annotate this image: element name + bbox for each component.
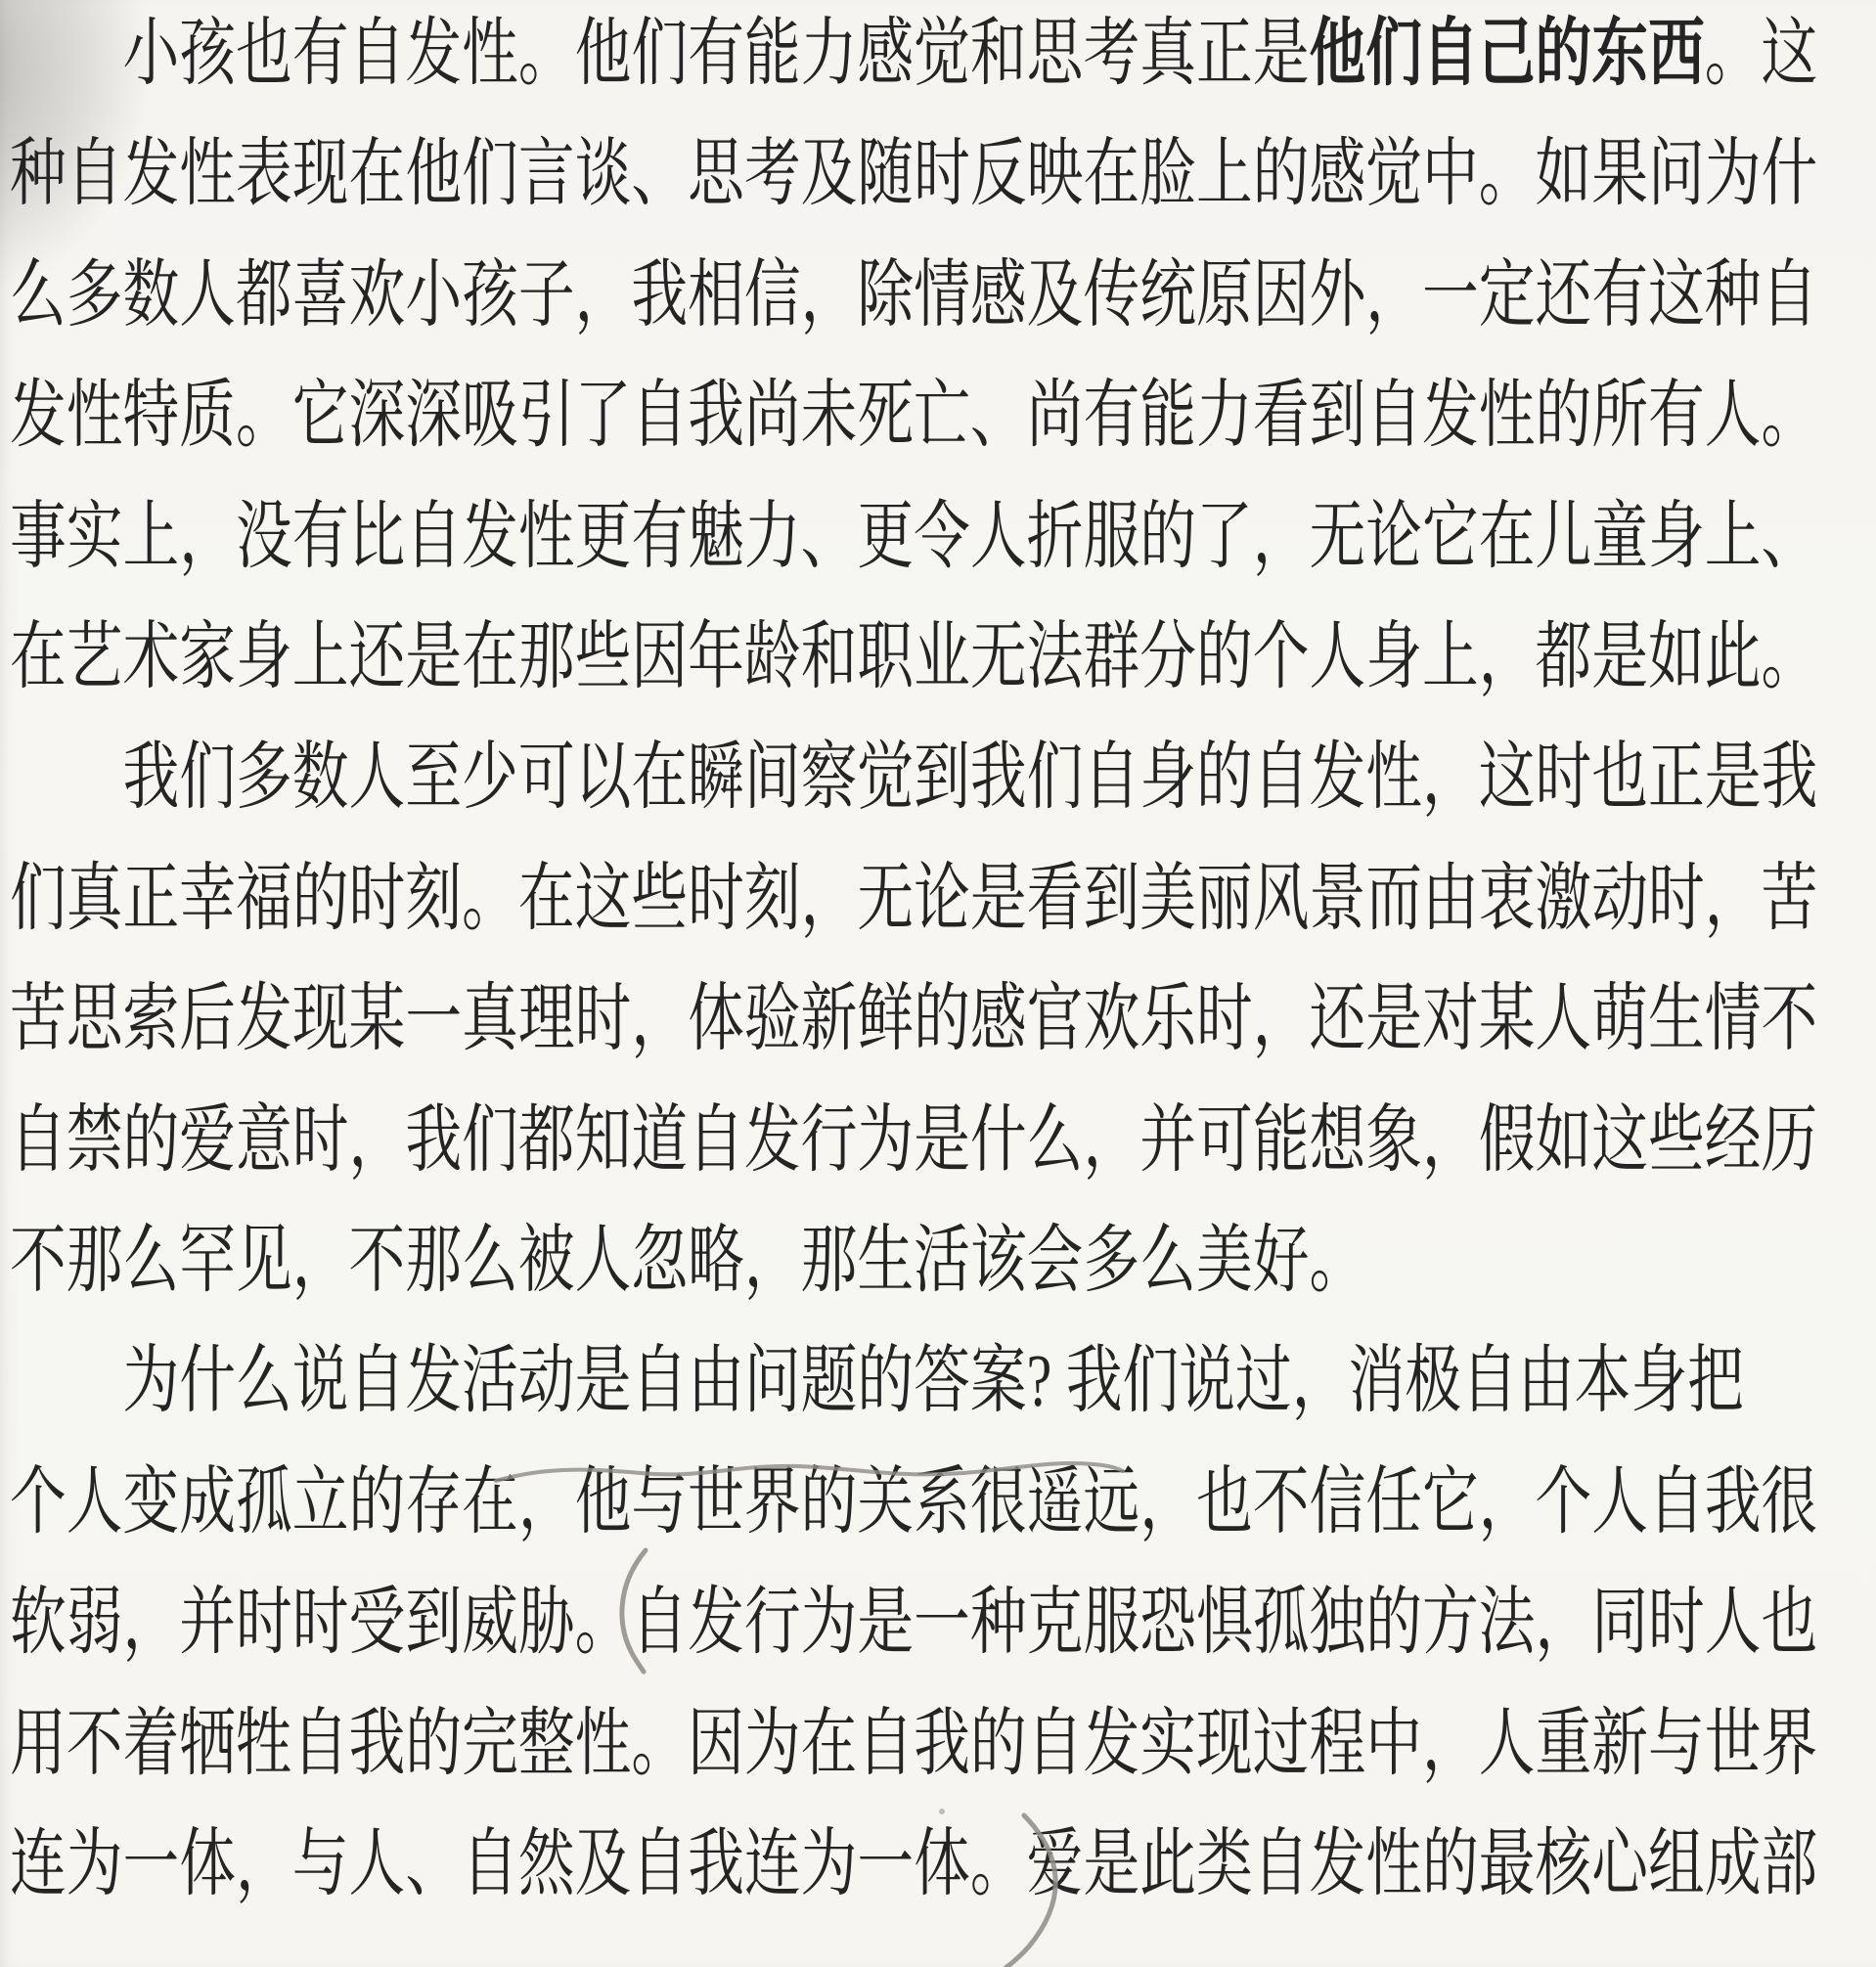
body-text: 软弱，并时时受到威胁。自发行为是一种克服恐惧孤独的方法，同时人也 xyxy=(10,1582,1817,1664)
body-text: 我们多数人至少可以在瞬间察觉到我们自身的自发性，这时也正是我 xyxy=(123,737,1818,819)
body-text: 小孩也有自发性。他们有能力感觉和思考真正是 xyxy=(123,13,1310,95)
text-line: 种自发性表现在他们言谈、思考及随时反映在脸上的感觉中。如果问为什 xyxy=(10,134,1817,214)
text-line: 小孩也有自发性。他们有能力感觉和思考真正是他们自己的东西。这 xyxy=(10,14,1817,94)
text-line: 事实上，没有比自发性更有魅力、更令人折服的了，无论它在儿童身上、 xyxy=(10,497,1817,577)
body-text: 个人变成孤立的存在，他与世界的关系很遥远，也不信任它，个人自我很 xyxy=(10,1461,1817,1543)
text-line: 们真正幸福的时刻。在这些时刻，无论是看到美丽风景而由衷激动时，苦 xyxy=(10,859,1817,939)
body-text: 。这 xyxy=(1705,13,1818,95)
page-text: 小孩也有自发性。他们有能力感觉和思考真正是他们自己的东西。这种自发性表现在他们言… xyxy=(0,0,1876,1967)
text-line: 在艺术家身上还是在那些因年龄和职业无法群分的个人身上，都是如此。 xyxy=(10,617,1817,697)
text-line: 个人变成孤立的存在，他与世界的关系很遥远，也不信任它，个人自我很 xyxy=(10,1462,1817,1542)
text-line: 软弱，并时时受到威胁。自发行为是一种克服恐惧孤独的方法，同时人也 xyxy=(10,1583,1817,1663)
emphasized-text: 他们自己的东西 xyxy=(1309,13,1704,95)
text-line: 自禁的爱意时，我们都知道自发行为是什么，并可能想象，假如这些经历 xyxy=(10,1100,1817,1181)
text-line: 用不着牺牲自我的完整性。因为在自我的自发实现过程中，人重新与世界 xyxy=(10,1704,1817,1784)
text-line: 苦思索后发现某一真理时，体验新鲜的感官欢乐时，还是对某人萌生情不 xyxy=(10,979,1817,1059)
body-text: 种自发性表现在他们言谈、思考及随时反映在脸上的感觉中。如果问为什 xyxy=(10,133,1817,215)
body-text: 事实上，没有比自发性更有魅力、更令人折服的了，无论它在儿童身上、 xyxy=(10,496,1817,578)
body-text: 用不着牺牲自我的完整性。因为在自我的自发实现过程中，人重新与世界 xyxy=(10,1703,1817,1785)
text-line: 连为一体，与人、自然及自我连为一体。爱是此类自发性的最核心组成部 xyxy=(10,1824,1817,1904)
body-text: 们真正幸福的时刻。在这些时刻，无论是看到美丽风景而由衷激动时，苦 xyxy=(10,858,1817,940)
body-text: 为什么说自发活动是自由问题的答案? 我们说过，消极自由本身把 xyxy=(123,1340,1744,1422)
text-line: 么多数人都喜欢小孩子，我相信，除情感及传统原因外，一定还有这种自 xyxy=(10,255,1817,335)
body-text: 发性特质。它深深吸引了自我尚未死亡、尚有能力看到自发性的所有人。 xyxy=(10,375,1817,457)
text-line: 为什么说自发活动是自由问题的答案? 我们说过，消极自由本身把 xyxy=(10,1341,1744,1421)
body-text: 连为一体，与人、自然及自我连为一体。爱是此类自发性的最核心组成部 xyxy=(10,1823,1817,1905)
body-text: 不那么罕见，不那么被人忽略，那生活该会多么美好。 xyxy=(10,1220,1365,1302)
text-line: 不那么罕见，不那么被人忽略，那生活该会多么美好。 xyxy=(10,1221,1365,1301)
scanned-page: 小孩也有自发性。他们有能力感觉和思考真正是他们自己的东西。这种自发性表现在他们言… xyxy=(0,0,1876,1967)
body-text: 苦思索后发现某一真理时，体验新鲜的感官欢乐时，还是对某人萌生情不 xyxy=(10,978,1817,1060)
body-text: 么多数人都喜欢小孩子，我相信，除情感及传统原因外，一定还有这种自 xyxy=(10,254,1817,336)
text-line: 我们多数人至少可以在瞬间察觉到我们自身的自发性，这时也正是我 xyxy=(10,738,1817,818)
body-text: 自禁的爱意时，我们都知道自发行为是什么，并可能想象，假如这些经历 xyxy=(10,1099,1817,1182)
text-line: 发性特质。它深深吸引了自我尚未死亡、尚有能力看到自发性的所有人。 xyxy=(10,376,1817,456)
body-text: 在艺术家身上还是在那些因年龄和职业无法群分的个人身上，都是如此。 xyxy=(10,616,1817,698)
